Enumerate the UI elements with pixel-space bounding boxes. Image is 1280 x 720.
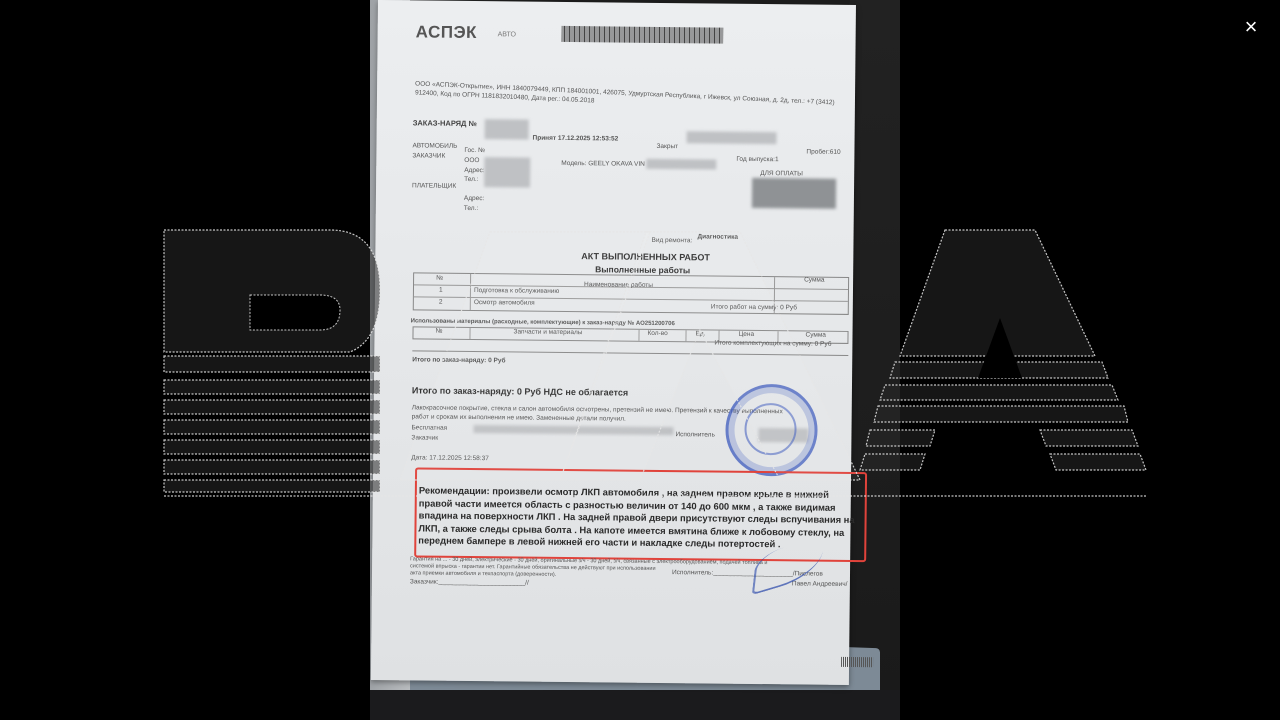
seat-background — [370, 690, 900, 720]
org-label: ООО — [464, 157, 479, 164]
barcode — [562, 26, 724, 44]
executor-name: Павел Андреевич/ — [792, 580, 848, 588]
payer-label: ПЛАТЕЛЬЩИК — [412, 182, 456, 189]
close-icon: × — [1245, 14, 1258, 39]
order-total-small: Итого по заказ-наряду: 0 Руб — [412, 356, 505, 364]
company-logo-sub: АВТО — [498, 31, 516, 38]
order-total: Итого по заказ-наряду: 0 Руб НДС не обла… — [412, 385, 628, 397]
footer-barcode — [841, 657, 873, 667]
for-payment-label: ДЛЯ ОПЛАТЫ — [760, 170, 803, 177]
car-model: Модель: GEELY OKAVA VIN — [561, 160, 645, 168]
close-button[interactable]: × — [1238, 14, 1264, 40]
phone-label: Тел.: — [464, 176, 478, 183]
payer-phone-label: Тел.: — [464, 205, 478, 212]
mileage: Пробег:610 — [806, 148, 840, 155]
work-item-2: Осмотр автомобиля — [474, 299, 535, 307]
payer-address-label: Адрес: — [464, 195, 484, 202]
company-stamp — [725, 384, 818, 477]
plate-label: Гос. № — [464, 147, 485, 154]
disclaimer-line2: работ и срокам их выполнения не имею. За… — [412, 413, 626, 422]
closed-label: Закрыт — [656, 143, 678, 150]
order-label: ЗАКАЗ-НАРЯД № — [413, 118, 477, 128]
image-viewer: АСПЭК АВТО ООО «АСПЭК-Открытие», ИНН 184… — [0, 0, 1280, 720]
accepted-date: Принят 17.12.2025 12:53:52 — [533, 135, 619, 143]
document-photo: АСПЭК АВТО ООО «АСПЭК-Открытие», ИНН 184… — [370, 0, 900, 720]
works-total: Итого работ на сумму: 0 Руб — [711, 304, 797, 312]
repair-type-label: Вид ремонта: — [651, 237, 692, 244]
repair-type: Диагностика — [698, 233, 738, 240]
year: Год выпуска:1 — [736, 156, 778, 163]
work-item-1: Подготовка к обслуживанию — [474, 287, 559, 295]
recommendations-text: Рекомендации: произвели осмотр ЛКП автом… — [418, 484, 859, 551]
company-logo: АСПЭК — [416, 22, 478, 43]
warranty-line3: акта приемки автомобиля и техпаспорта (д… — [410, 570, 556, 578]
customer-label: ЗАКАЗЧИК — [412, 152, 445, 159]
address-label: Адрес: — [464, 167, 484, 174]
date: Дата: 17.12.2025 12:58:37 — [411, 454, 489, 462]
act-title: АКТ ВЫПОЛНЕННЫХ РАБОТ — [581, 251, 710, 262]
customer-short-label: Заказчик — [411, 434, 438, 441]
materials-total: Итого комплектующих на сумму: 0 Руб — [714, 340, 831, 348]
work-order-sheet: АСПЭК АВТО ООО «АСПЭК-Открытие», ИНН 184… — [371, 0, 856, 685]
car-label: АВТОМОБИЛЬ — [412, 142, 457, 149]
customer-signature-line: Заказчик:________________________// — [410, 578, 529, 586]
executor-label: Исполнитель — [675, 431, 714, 438]
free-label: Бесплатная — [411, 424, 447, 431]
